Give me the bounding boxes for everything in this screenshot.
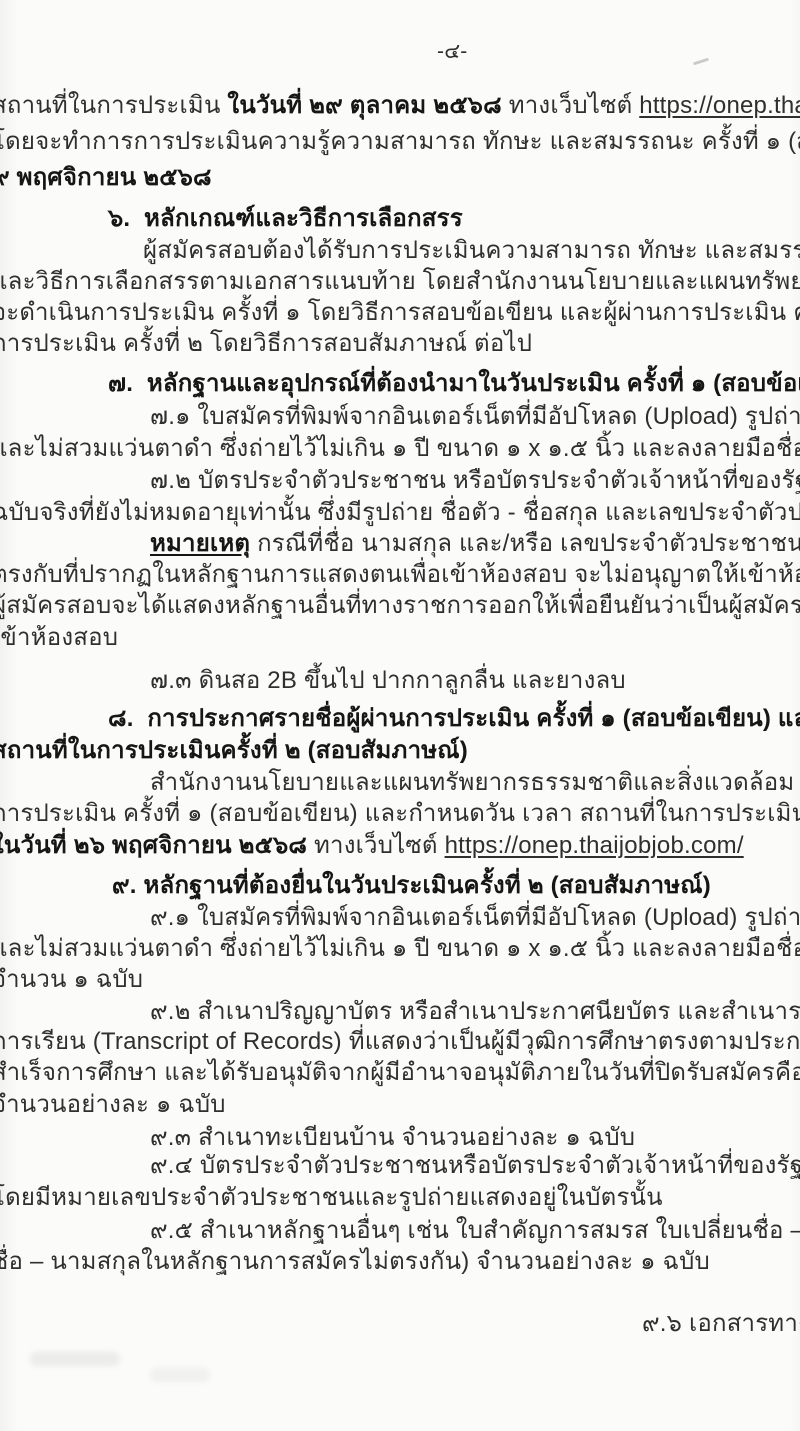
section-8-heading-line-2: สถานที่ในการประเมินครั้งที่ ๒ (สอบสัมภาษ…: [0, 735, 468, 767]
text-run: เข้าห้องสอบ: [0, 624, 118, 651]
scan-artifact: [693, 58, 709, 66]
item-9-4-line-2: โดยมีหมายเลขประจำตัวประชาชนและรูปถ่ายแสด…: [0, 1182, 663, 1214]
item-7-1-line-1: ๗.๑ ใบสมัครที่พิมพ์จากอินเตอร์เน็ตที่มีอ…: [150, 401, 800, 433]
website-link[interactable]: https://onep.thaijobjob.com/: [639, 92, 800, 119]
item-9-1-line-3: จำนวน ๑ ฉบับ: [0, 964, 143, 996]
item-9-5-line-2: ชื่อ – นามสกุลในหลักฐานการสมัครไม่ตรงกัน…: [0, 1246, 710, 1278]
section-8-line-1: สำนักงานนโยบายและแผนทรัพยากรธรรมชาติและส…: [150, 767, 800, 799]
text-run: สถานที่ในการประเมิน: [0, 92, 227, 119]
section-6-line-3: จะดำเนินการประเมิน ครั้งที่ ๑ โดยวิธีการ…: [0, 297, 800, 329]
item-9-2-line-4: จำนวนอย่างละ ๑ ฉบับ: [0, 1089, 226, 1121]
text-run: ๙.๓ สำเนาทะเบียนบ้าน จำนวนอย่างละ ๑ ฉบับ: [150, 1124, 635, 1151]
section-6-heading: ๖. หลักเกณฑ์และวิธีการเลือกสรร: [108, 203, 463, 235]
item-9-2-line-1: ๙.๒ สำเนาปริญญาบัตร หรือสำเนาประกาศนียบั…: [150, 996, 800, 1028]
text-run: ๘. การประกาศรายชื่อผู้ผ่านการประเมิน ครั…: [108, 705, 800, 732]
item-9-2-line-2: การเรียน (Transcript of Records) ที่แสดง…: [0, 1026, 800, 1058]
text-run: จะดำเนินการประเมิน ครั้งที่ ๑ โดยวิธีการ…: [0, 299, 800, 326]
section-6-line-4: การประเมิน ครั้งที่ ๒ โดยวิธีการสอบสัมภา…: [0, 328, 532, 360]
text-run: ๗. หลักฐานและอุปกรณ์ที่ต้องนำมาในวันประเ…: [108, 370, 800, 397]
continuation-marker: ๙.๖ เอกสารทาง...: [642, 1308, 800, 1340]
intro-line-3: ๙ พฤศจิกายน ๒๕๖๘: [0, 162, 212, 194]
text-run: สำนักงานนโยบายและแผนทรัพยากรธรรมชาติและส…: [150, 769, 800, 796]
section-6-line-2: และวิธีการเลือกสรรตามเอกสารแนบท้าย โดยสำ…: [0, 266, 800, 298]
text-run: ในวันที่ ๒๙ ตุลาคม ๒๕๖๘: [227, 92, 501, 119]
text-run: ๙. หลักฐานที่ต้องยื่นในวันประเมินครั้งที…: [112, 872, 711, 899]
text-run: หมายเหตุ: [150, 530, 250, 557]
text-run: การประเมิน ครั้งที่ ๒ โดยวิธีการสอบสัมภา…: [0, 330, 532, 357]
text-run: ๙.๒ สำเนาปริญญาบัตร หรือสำเนาประกาศนียบั…: [150, 998, 800, 1025]
text-run: การเรียน (Transcript of Records) ที่แสดง…: [0, 1028, 800, 1055]
page-number: -๔-: [437, 36, 467, 68]
text-run: ผู้สมัครสอบจะได้แสดงหลักฐานอื่นที่ทางราช…: [0, 592, 800, 619]
section-6-line-1: ผู้สมัครสอบต้องได้รับการประเมินความสามาร…: [143, 235, 800, 267]
text-run: ชื่อ – นามสกุลในหลักฐานการสมัครไม่ตรงกัน…: [0, 1248, 710, 1275]
text-run: ๗.๑ ใบสมัครที่พิมพ์จากอินเตอร์เน็ตที่มีอ…: [150, 403, 800, 430]
text-run: การประเมิน ครั้งที่ ๑ (สอบข้อเขียน) และก…: [0, 800, 800, 827]
section-8-line-2: การประเมิน ครั้งที่ ๑ (สอบข้อเขียน) และก…: [0, 798, 800, 830]
item-7-2-line-1: ๗.๒ บัตรประจำตัวประชาชน หรือบัตรประจำตัว…: [150, 465, 800, 497]
text-run: ทางเว็บไซต์: [502, 92, 639, 119]
item-7-2-line-2: ฉบับจริงที่ยังไม่หมดอายุเท่านั้น ซึ่งมีร…: [0, 497, 800, 529]
text-run: ๖. หลักเกณฑ์และวิธีการเลือกสรร: [108, 205, 463, 232]
note-line-2: ตรงกับที่ปรากฏในหลักฐานการแสดงตนเพื่อเข้…: [0, 559, 800, 591]
text-run: ผู้สมัครสอบต้องได้รับการประเมินความสามาร…: [143, 237, 800, 264]
item-9-1-line-1: ๙.๑ ใบสมัครที่พิมพ์จากอินเตอร์เน็ตที่มีอ…: [150, 902, 800, 934]
text-run: สำเร็จการศึกษา และได้รับอนุมัติจากผู้มีอ…: [0, 1059, 800, 1086]
scan-artifact: [30, 1352, 120, 1366]
item-9-2-line-3: สำเร็จการศึกษา และได้รับอนุมัติจากผู้มีอ…: [0, 1057, 800, 1089]
section-7-heading: ๗. หลักฐานและอุปกรณ์ที่ต้องนำมาในวันประเ…: [108, 368, 800, 400]
item-7-1-line-2: และไม่สวมแว่นตาดำ ซึ่งถ่ายไว้ไม่เกิน ๑ ป…: [0, 433, 800, 465]
text-run: และไม่สวมแว่นตาดำ ซึ่งถ่ายไว้ไม่เกิน ๑ ป…: [0, 435, 800, 462]
text-run: จำนวนอย่างละ ๑ ฉบับ: [0, 1091, 226, 1118]
text-run: จำนวน ๑ ฉบับ: [0, 966, 143, 993]
section-9-heading: ๙. หลักฐานที่ต้องยื่นในวันประเมินครั้งที…: [112, 870, 711, 902]
text-run: และวิธีการเลือกสรรตามเอกสารแนบท้าย โดยสำ…: [0, 268, 800, 295]
note-line-4: เข้าห้องสอบ: [0, 622, 118, 654]
website-link[interactable]: https://onep.thaijobjob.com/: [445, 832, 744, 859]
text-run: สถานที่ในการประเมินครั้งที่ ๒ (สอบสัมภาษ…: [0, 737, 468, 764]
item-9-1-line-2: และไม่สวมแว่นตาดำ ซึ่งถ่ายไว้ไม่เกิน ๑ ป…: [0, 933, 800, 965]
item-9-5-line-1: ๙.๕ สำเนาหลักฐานอื่นๆ เช่น ใบสำคัญการสมร…: [150, 1215, 800, 1247]
text-run: และไม่สวมแว่นตาดำ ซึ่งถ่ายไว้ไม่เกิน ๑ ป…: [0, 935, 800, 962]
text-run: ตรงกับที่ปรากฏในหลักฐานการแสดงตนเพื่อเข้…: [0, 561, 800, 588]
text-run: ๙.๖ เอกสารทาง...: [642, 1310, 800, 1337]
text-run: ๗.๓ ดินสอ 2B ขึ้นไป ปากกาลูกลื่น และยางล…: [150, 667, 626, 694]
item-9-4-line-1: ๙.๔ บัตรประจำตัวประชาชนหรือบัตรประจำตัวเ…: [150, 1150, 800, 1182]
text-run: ๗.๒ บัตรประจำตัวประชาชน หรือบัตรประจำตัว…: [150, 467, 800, 494]
note-line-1: หมายเหตุ กรณีที่ชื่อ นามสกุล และ/หรือ เล…: [150, 528, 800, 560]
note-line-3: ผู้สมัครสอบจะได้แสดงหลักฐานอื่นที่ทางราช…: [0, 590, 800, 622]
text-run: ๙.๑ ใบสมัครที่พิมพ์จากอินเตอร์เน็ตที่มีอ…: [150, 904, 800, 931]
scan-artifact: [150, 1368, 210, 1382]
text-run: โดยมีหมายเลขประจำตัวประชาชนและรูปถ่ายแสด…: [0, 1184, 663, 1211]
text-run: ๙.๕ สำเนาหลักฐานอื่นๆ เช่น ใบสำคัญการสมร…: [150, 1217, 800, 1244]
section-8-heading-line-1: ๘. การประกาศรายชื่อผู้ผ่านการประเมิน ครั…: [108, 703, 800, 735]
text-run: ๙.๔ บัตรประจำตัวประชาชนหรือบัตรประจำตัวเ…: [150, 1152, 800, 1179]
document-page: -๔-สถานที่ในการประเมิน ในวันที่ ๒๙ ตุลาค…: [0, 0, 800, 1431]
text-run: -๔-: [437, 40, 467, 63]
text-run: โดยจะทำการการประเมินความรู้ความสามารถ ทั…: [0, 128, 800, 155]
text-run: ฉบับจริงที่ยังไม่หมดอายุเท่านั้น ซึ่งมีร…: [0, 499, 800, 526]
text-run: ๙ พฤศจิกายน ๒๕๖๘: [0, 164, 212, 191]
text-run: กรณีที่ชื่อ นามสกุล และ/หรือ เลขประจำตัว…: [250, 530, 800, 557]
text-run: ทางเว็บไซต์: [307, 832, 444, 859]
intro-line-2: โดยจะทำการการประเมินความรู้ความสามารถ ทั…: [0, 126, 800, 158]
item-7-3: ๗.๓ ดินสอ 2B ขึ้นไป ปากกาลูกลื่น และยางล…: [150, 665, 626, 697]
text-run: ในวันที่ ๒๖ พฤศจิกายน ๒๕๖๘: [0, 832, 307, 859]
section-8-line-3: ในวันที่ ๒๖ พฤศจิกายน ๒๕๖๘ ทางเว็บไซต์ h…: [0, 830, 744, 862]
intro-line-1: สถานที่ในการประเมิน ในวันที่ ๒๙ ตุลาคม ๒…: [0, 90, 800, 122]
